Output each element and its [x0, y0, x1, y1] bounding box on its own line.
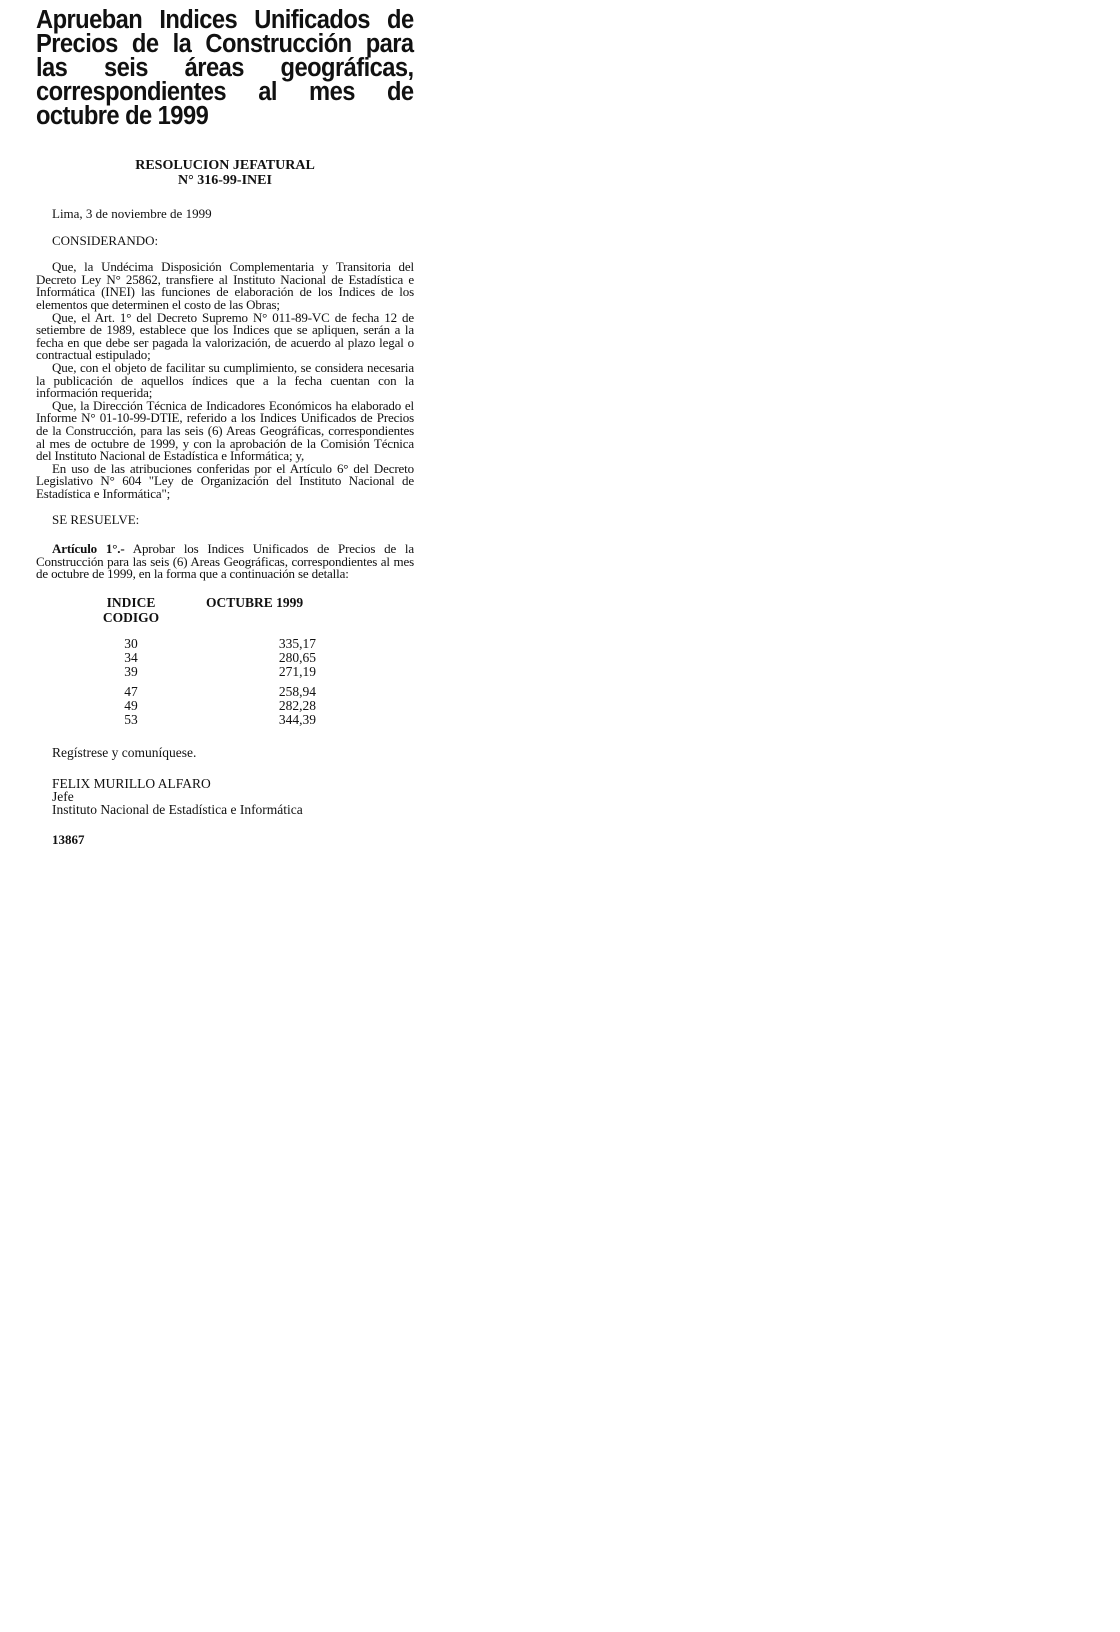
index-code: 49 — [86, 699, 176, 713]
article-1: Artículo 1°.- Aprobar los Indices Unific… — [36, 543, 414, 581]
index-code: 53 — [86, 713, 176, 727]
resolution-number: N° 316-99-INEI — [36, 173, 414, 188]
index-value: 271,19 — [176, 665, 356, 679]
table-row: 39 271,19 — [86, 665, 356, 679]
signatory-institution: Instituto Nacional de Estadística e Info… — [52, 803, 414, 816]
signature-block: FELIX MURILLO ALFARO Jefe Instituto Naci… — [36, 777, 414, 816]
considerando-paragraph: En uso de las atribuciones conferidas po… — [36, 463, 414, 501]
resolution-type: RESOLUCION JEFATURAL — [36, 158, 414, 173]
column-header-code: INDICE CODIGO — [86, 595, 176, 625]
considerandos: Que, la Undécima Disposición Complementa… — [36, 261, 414, 500]
column-header-month: OCTUBRE 1999 — [176, 595, 356, 625]
table-header-row: INDICE CODIGO OCTUBRE 1999 — [86, 595, 356, 625]
index-code: 47 — [86, 685, 176, 699]
index-table: INDICE CODIGO OCTUBRE 1999 30 335,17 34 … — [86, 595, 356, 727]
document-column: Aprueban Indices Unificados de Precios d… — [36, 8, 414, 848]
table-row: 53 344,39 — [86, 713, 356, 727]
index-value: 335,17 — [176, 637, 356, 651]
considerando-paragraph: Que, el Art. 1° del Decreto Supremo N° 0… — [36, 312, 414, 362]
considerando-paragraph: Que, la Undécima Disposición Complementa… — [36, 261, 414, 311]
index-code: 39 — [86, 665, 176, 679]
table-row: 30 335,17 — [86, 637, 356, 651]
index-value: 280,65 — [176, 651, 356, 665]
resuelve-label: SE RESUELVE: — [36, 514, 414, 527]
index-value: 344,39 — [176, 713, 356, 727]
document-date: Lima, 3 de noviembre de 1999 — [36, 208, 414, 221]
index-code: 34 — [86, 651, 176, 665]
index-code: 30 — [86, 637, 176, 651]
closing-formula: Regístrese y comuníquese. — [36, 747, 414, 760]
considerando-label: CONSIDERANDO: — [36, 235, 414, 248]
table-row: 47 258,94 — [86, 685, 356, 699]
signatory-name: FELIX MURILLO ALFARO — [52, 777, 414, 790]
document-title: Aprueban Indices Unificados de Precios d… — [36, 8, 414, 128]
considerando-paragraph: Que, la Dirección Técnica de Indicadores… — [36, 400, 414, 463]
resolution-header: RESOLUCION JEFATURAL N° 316-99-INEI — [36, 158, 414, 188]
table-row: 34 280,65 — [86, 651, 356, 665]
index-value: 282,28 — [176, 699, 356, 713]
table-row: 49 282,28 — [86, 699, 356, 713]
considerando-paragraph: Que, con el objeto de facilitar su cumpl… — [36, 362, 414, 400]
publication-code: 13867 — [36, 832, 414, 848]
index-value: 258,94 — [176, 685, 356, 699]
